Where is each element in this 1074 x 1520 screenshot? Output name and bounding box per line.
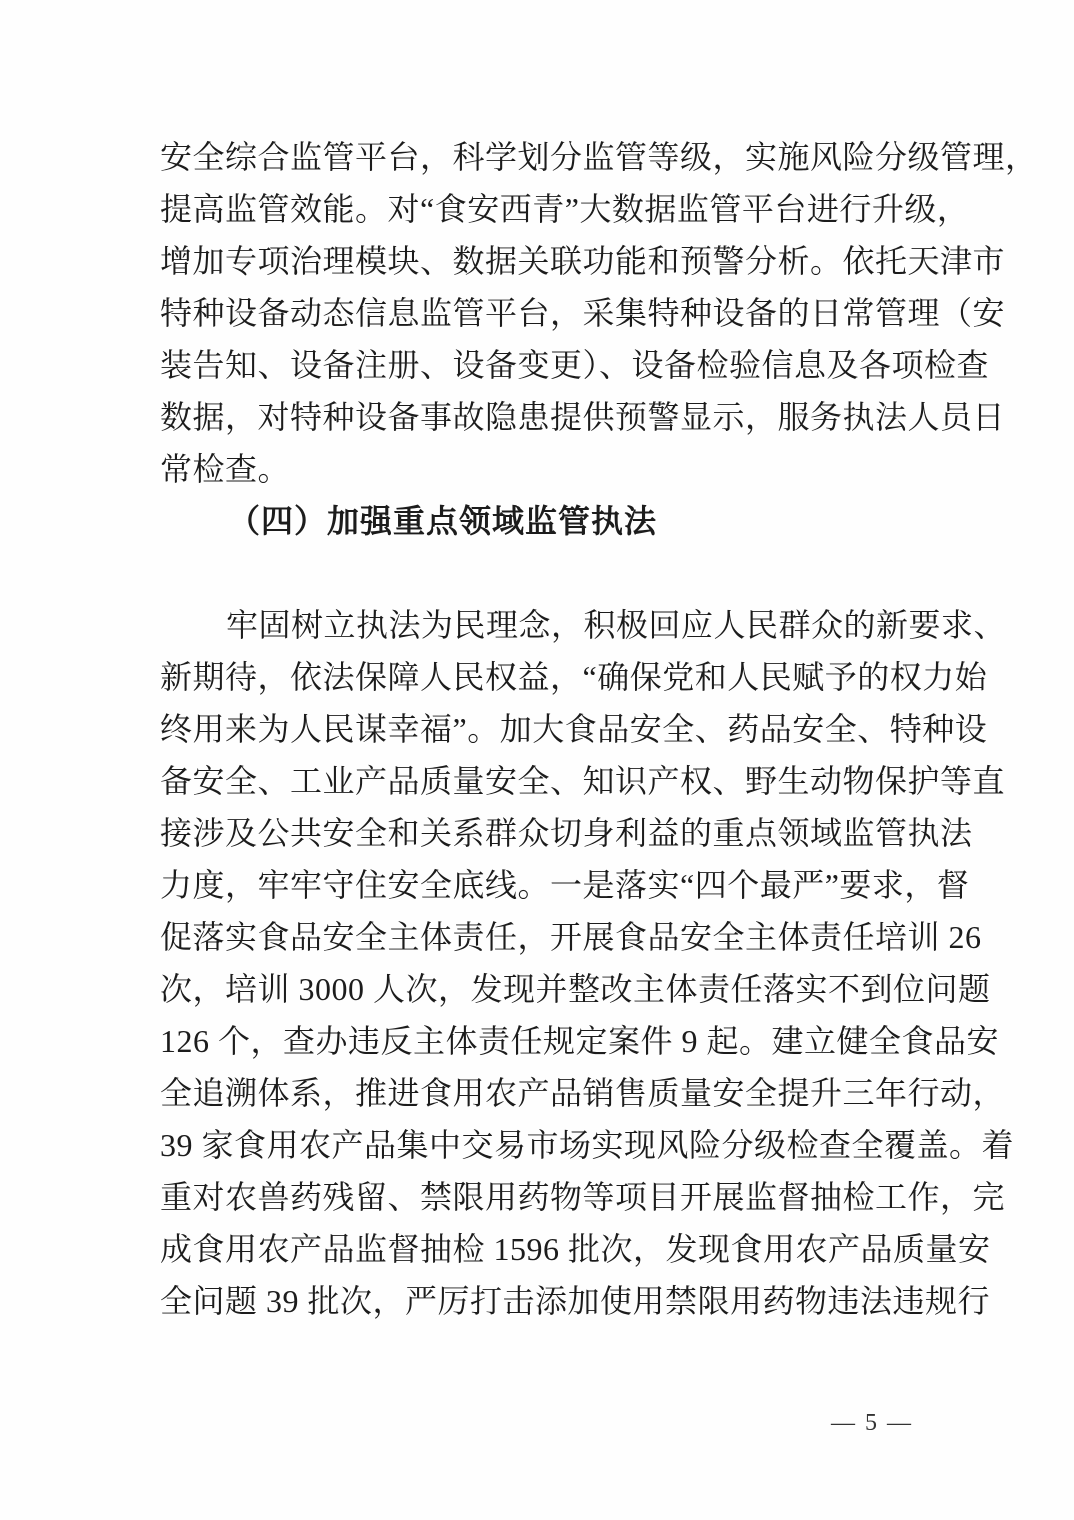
text-line: 126 个，查办违反主体责任规定案件 9 起。建立健全食品安 [160,1015,910,1067]
document-page: 安全综合监管平台，科学划分监管等级，实施风险分级管理， 提高监管效能。对“食安西… [0,0,1074,1520]
text-line: 成食用农产品监督抽检 1596 批次，发现食用农产品质量安 [160,1223,910,1275]
text-line: 装告知、设备注册、设备变更）、设备检验信息及各项检查 [160,339,910,391]
text-line: 终用来为人民谋幸福”。加大食品安全、药品安全、特种设 [160,703,910,755]
text-line: 提高监管效能。对“食安西青”大数据监管平台进行升级， [160,183,910,235]
text-line: 次，培训 3000 人次，发现并整改主体责任落实不到位问题 [160,963,910,1015]
text-line: 重对农兽药残留、禁限用药物等项目开展监督抽检工作，完 [160,1171,910,1223]
text-line: 常检查。 [160,443,910,495]
text-line: 促落实食品安全主体责任，开展食品安全主体责任培训 26 [160,911,910,963]
text-line: 力度，牢牢守住安全底线。一是落实“四个最严”要求，督 [160,859,910,911]
text-line: 增加专项治理模块、数据关联功能和预警分析。依托天津市 [160,235,910,287]
text-line: 备安全、工业产品质量安全、知识产权、野生动物保护等直 [160,755,910,807]
text-line: 安全综合监管平台，科学划分监管等级，实施风险分级管理， [160,131,910,183]
text-line: 数据，对特种设备事故隐患提供预警显示，服务执法人员日 [160,391,910,443]
document-content: 安全综合监管平台，科学划分监管等级，实施风险分级管理， 提高监管效能。对“食安西… [160,131,910,1327]
text-line: 牢固树立执法为民理念，积极回应人民群众的新要求、 [160,599,910,651]
text-line: 新期待，依法保障人民权益，“确保党和人民赋予的权力始 [160,651,910,703]
text-line: 全追溯体系，推进食用农产品销售质量安全提升三年行动， [160,1067,910,1119]
paragraph-body: 牢固树立执法为民理念，积极回应人民群众的新要求、 新期待，依法保障人民权益，“确… [160,599,910,1327]
text-line: 39 家食用农产品集中交易市场实现风险分级检查全覆盖。着 [160,1119,910,1171]
paragraph-continuation: 安全综合监管平台，科学划分监管等级，实施风险分级管理， 提高监管效能。对“食安西… [160,131,910,495]
text-line: 特种设备动态信息监管平台，采集特种设备的日常管理（安 [160,287,910,339]
text-line: 接涉及公共安全和关系群众切身利益的重点领域监管执法 [160,807,910,859]
section-heading: （四）加强重点领域监管执法 [160,495,910,547]
text-line: 全问题 39 批次，严厉打击添加使用禁限用药物违法违规行 [160,1275,910,1327]
page-number: — 5 — [831,1408,913,1438]
